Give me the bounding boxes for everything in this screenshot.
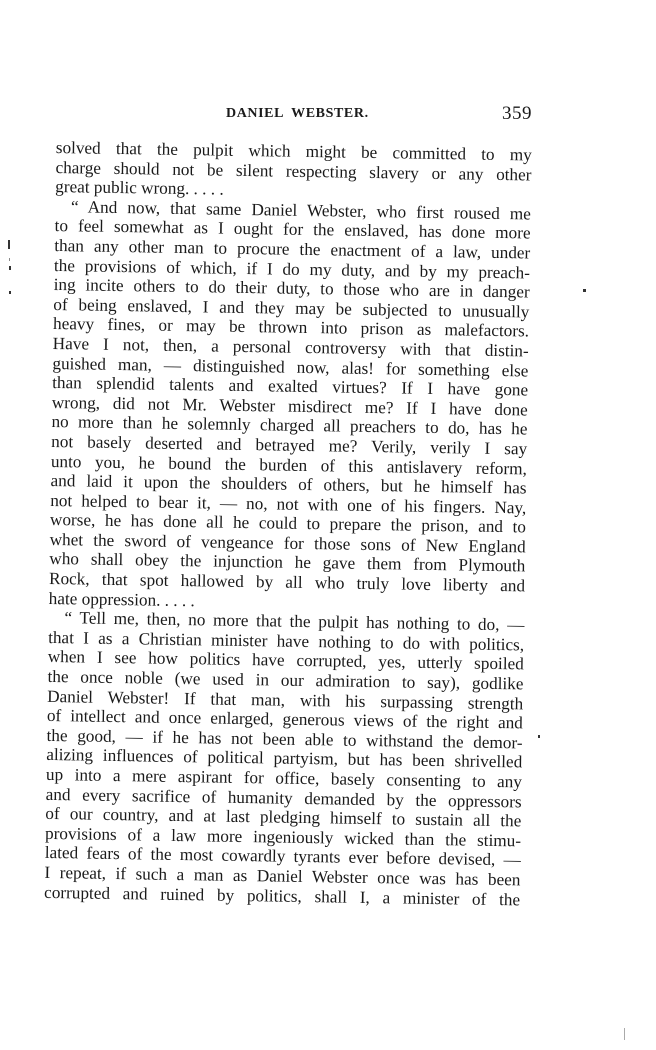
scan-artifact <box>9 266 11 270</box>
scan-artifact <box>624 1028 625 1040</box>
running-head: DANIEL WEBSTER. 359 <box>60 104 532 126</box>
scanned-book-page: DANIEL WEBSTER. 359 solved that the pulp… <box>0 0 656 1050</box>
scan-artifact <box>8 240 10 249</box>
scan-artifact <box>9 291 11 294</box>
scan-artifact <box>583 289 586 292</box>
scan-artifact <box>538 735 540 738</box>
scan-artifact <box>9 258 10 261</box>
running-title: DANIEL WEBSTER. <box>226 106 369 122</box>
body-text: solved that the pulpit which might be co… <box>44 138 532 910</box>
page-number: 359 <box>502 103 532 125</box>
